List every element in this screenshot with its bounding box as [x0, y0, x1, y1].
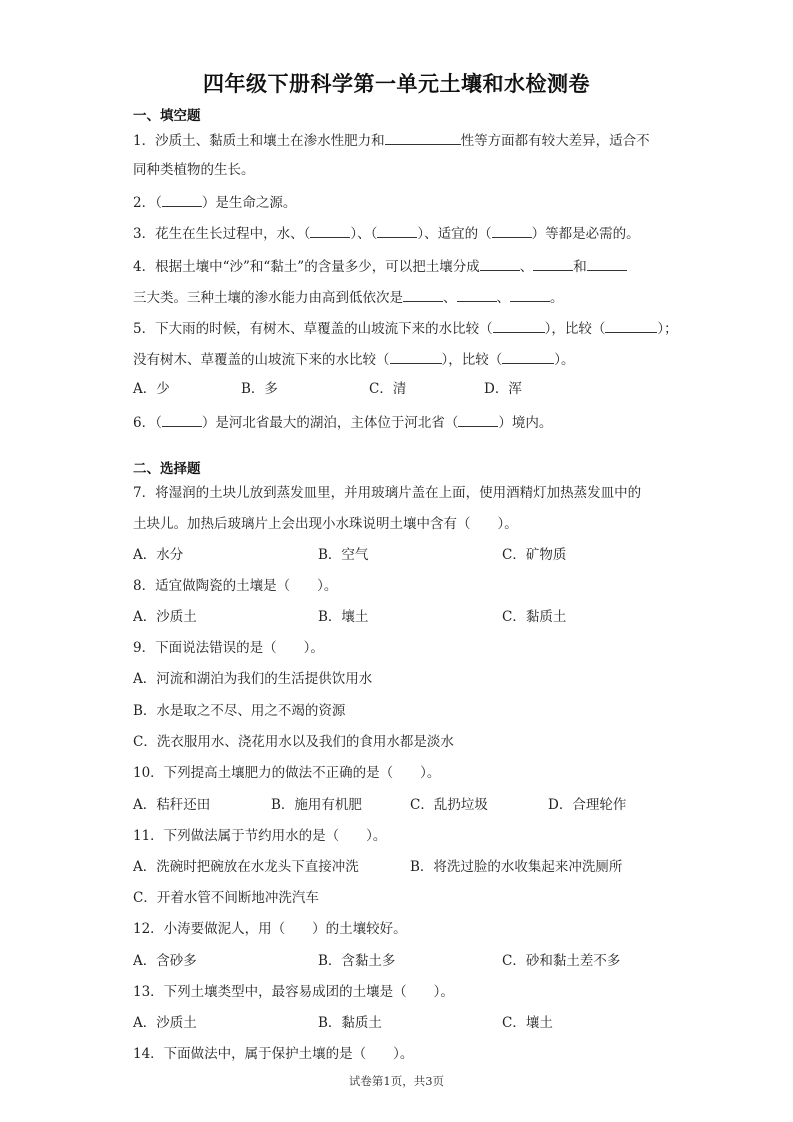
q12-option-a[interactable]: A．含砂多 [133, 952, 197, 970]
answer-blank[interactable] [480, 256, 520, 271]
answer-blank[interactable] [162, 412, 202, 427]
question-1: 1．沙质土、黏质土和壤土在渗水性肥力和性等方面都有较大差异，适合不 [133, 130, 663, 150]
q5-option-a[interactable]: A．少 [133, 380, 170, 398]
answer-blank[interactable] [605, 318, 657, 333]
answer-blank[interactable] [310, 223, 350, 238]
answer-blank[interactable] [390, 349, 442, 364]
q8-option-c[interactable]: C．黏质土 [502, 608, 566, 626]
question-2: 2．（）是生命之源。 [133, 192, 663, 212]
question-5-cont: 没有树木、草覆盖的山坡流下来的水比较（），比较（）。 [133, 349, 663, 369]
q10-option-a[interactable]: A．秸秆还田 [133, 796, 210, 814]
exam-page: 四年级下册科学第一单元土壤和水检测卷 一、填空题 1．沙质土、黏质土和壤土在渗水… [0, 0, 793, 1122]
q11-option-c[interactable]: C．开着水管不间断地冲洗汽车 [133, 889, 319, 907]
question-7-cont: 土块儿。加热后玻璃片上会出现小水珠说明土壤中含有（ ）。 [133, 515, 663, 533]
section-multiple-choice: 二、选择题 [133, 457, 201, 477]
question-10: 10．下列提高土壤肥力的做法不正确的是（ ）。 [133, 764, 663, 782]
q5-option-b[interactable]: B．多 [241, 380, 278, 398]
answer-blank[interactable] [458, 412, 498, 427]
q5-option-d[interactable]: D．浑 [484, 380, 522, 398]
answer-blank[interactable] [493, 318, 545, 333]
page-footer: 试卷第1页，共3页 [0, 1073, 793, 1089]
question-9: 9．下面说法错误的是（ ）。 [133, 639, 663, 657]
answer-blank[interactable] [385, 130, 461, 145]
question-13: 13．下列土壤类型中，最容易成团的土壤是（ ）。 [133, 983, 663, 1001]
question-3: 3．花生在生长过程中，水、（）、（）、适宜的（）等都是必需的。 [133, 223, 663, 243]
q7-option-a[interactable]: A．水分 [133, 546, 183, 564]
answer-blank[interactable] [533, 256, 573, 271]
q13-option-b[interactable]: B．黏质土 [318, 1014, 382, 1032]
q10-option-c[interactable]: C．乱扔垃圾 [410, 796, 488, 814]
q12-option-c[interactable]: C．砂和黏土差不多 [502, 952, 620, 970]
q7-option-c[interactable]: C．矿物质 [502, 546, 566, 564]
question-7: 7．将湿润的土块儿放到蒸发皿里，并用玻璃片盖在上面，使用酒精灯加热蒸发皿中的 [133, 484, 663, 502]
q13-option-a[interactable]: A．沙质土 [133, 1014, 197, 1032]
page-title: 四年级下册科学第一单元土壤和水检测卷 [0, 68, 793, 98]
question-6: 6．（）是河北省最大的湖泊，主体位于河北省（）境内。 [133, 412, 663, 432]
question-4: 4．根据土壤中“沙”和“黏土”的含量多少，可以把土壤分成、和 [133, 256, 663, 276]
question-5: 5．下大雨的时候，有树木、草覆盖的山坡流下来的水比较（），比较（）； [133, 318, 663, 338]
q12-option-b[interactable]: B．含黏土多 [318, 952, 395, 970]
q9-option-c[interactable]: C．洗衣服用水、浇花用水以及我们的食用水都是淡水 [133, 733, 454, 751]
question-14: 14．下面做法中，属于保护土壤的是（ ）。 [133, 1045, 663, 1063]
question-1-cont: 同种类植物的生长。 [133, 161, 663, 179]
section-fill-in-blank: 一、填空题 [133, 104, 201, 124]
question-12: 12．小涛要做泥人，用（ ）的土壤较好。 [133, 920, 663, 938]
q11-option-b[interactable]: B．将洗过脸的水收集起来冲洗厕所 [410, 858, 622, 876]
q5-option-c[interactable]: C．清 [369, 380, 406, 398]
question-4-cont: 三大类。三种土壤的渗水能力由高到低依次是、、。 [133, 287, 663, 307]
q7-option-b[interactable]: B．空气 [318, 546, 368, 564]
q10-option-b[interactable]: B．施用有机肥 [271, 796, 362, 814]
q9-option-a[interactable]: A．河流和湖泊为我们的生活提供饮用水 [133, 670, 372, 688]
answer-blank[interactable] [502, 349, 554, 364]
answer-blank[interactable] [492, 223, 532, 238]
q10-option-d[interactable]: D．合理轮作 [548, 796, 626, 814]
answer-blank[interactable] [457, 287, 497, 302]
q9-option-b[interactable]: B．水是取之不尽、用之不竭的资源 [133, 702, 345, 720]
q8-option-a[interactable]: A．沙质土 [133, 608, 197, 626]
answer-blank[interactable] [377, 223, 417, 238]
answer-blank[interactable] [587, 256, 627, 271]
q8-option-b[interactable]: B．壤土 [318, 608, 368, 626]
question-11: 11．下列做法属于节约用水的是（ ）。 [133, 827, 663, 845]
q13-option-c[interactable]: C．壤土 [502, 1014, 553, 1032]
q11-option-a[interactable]: A．洗碗时把碗放在水龙头下直接冲洗 [133, 858, 359, 876]
answer-blank[interactable] [403, 287, 443, 302]
question-8: 8．适宜做陶瓷的土壤是（ ）。 [133, 577, 663, 595]
answer-blank[interactable] [162, 192, 202, 207]
answer-blank[interactable] [510, 287, 550, 302]
